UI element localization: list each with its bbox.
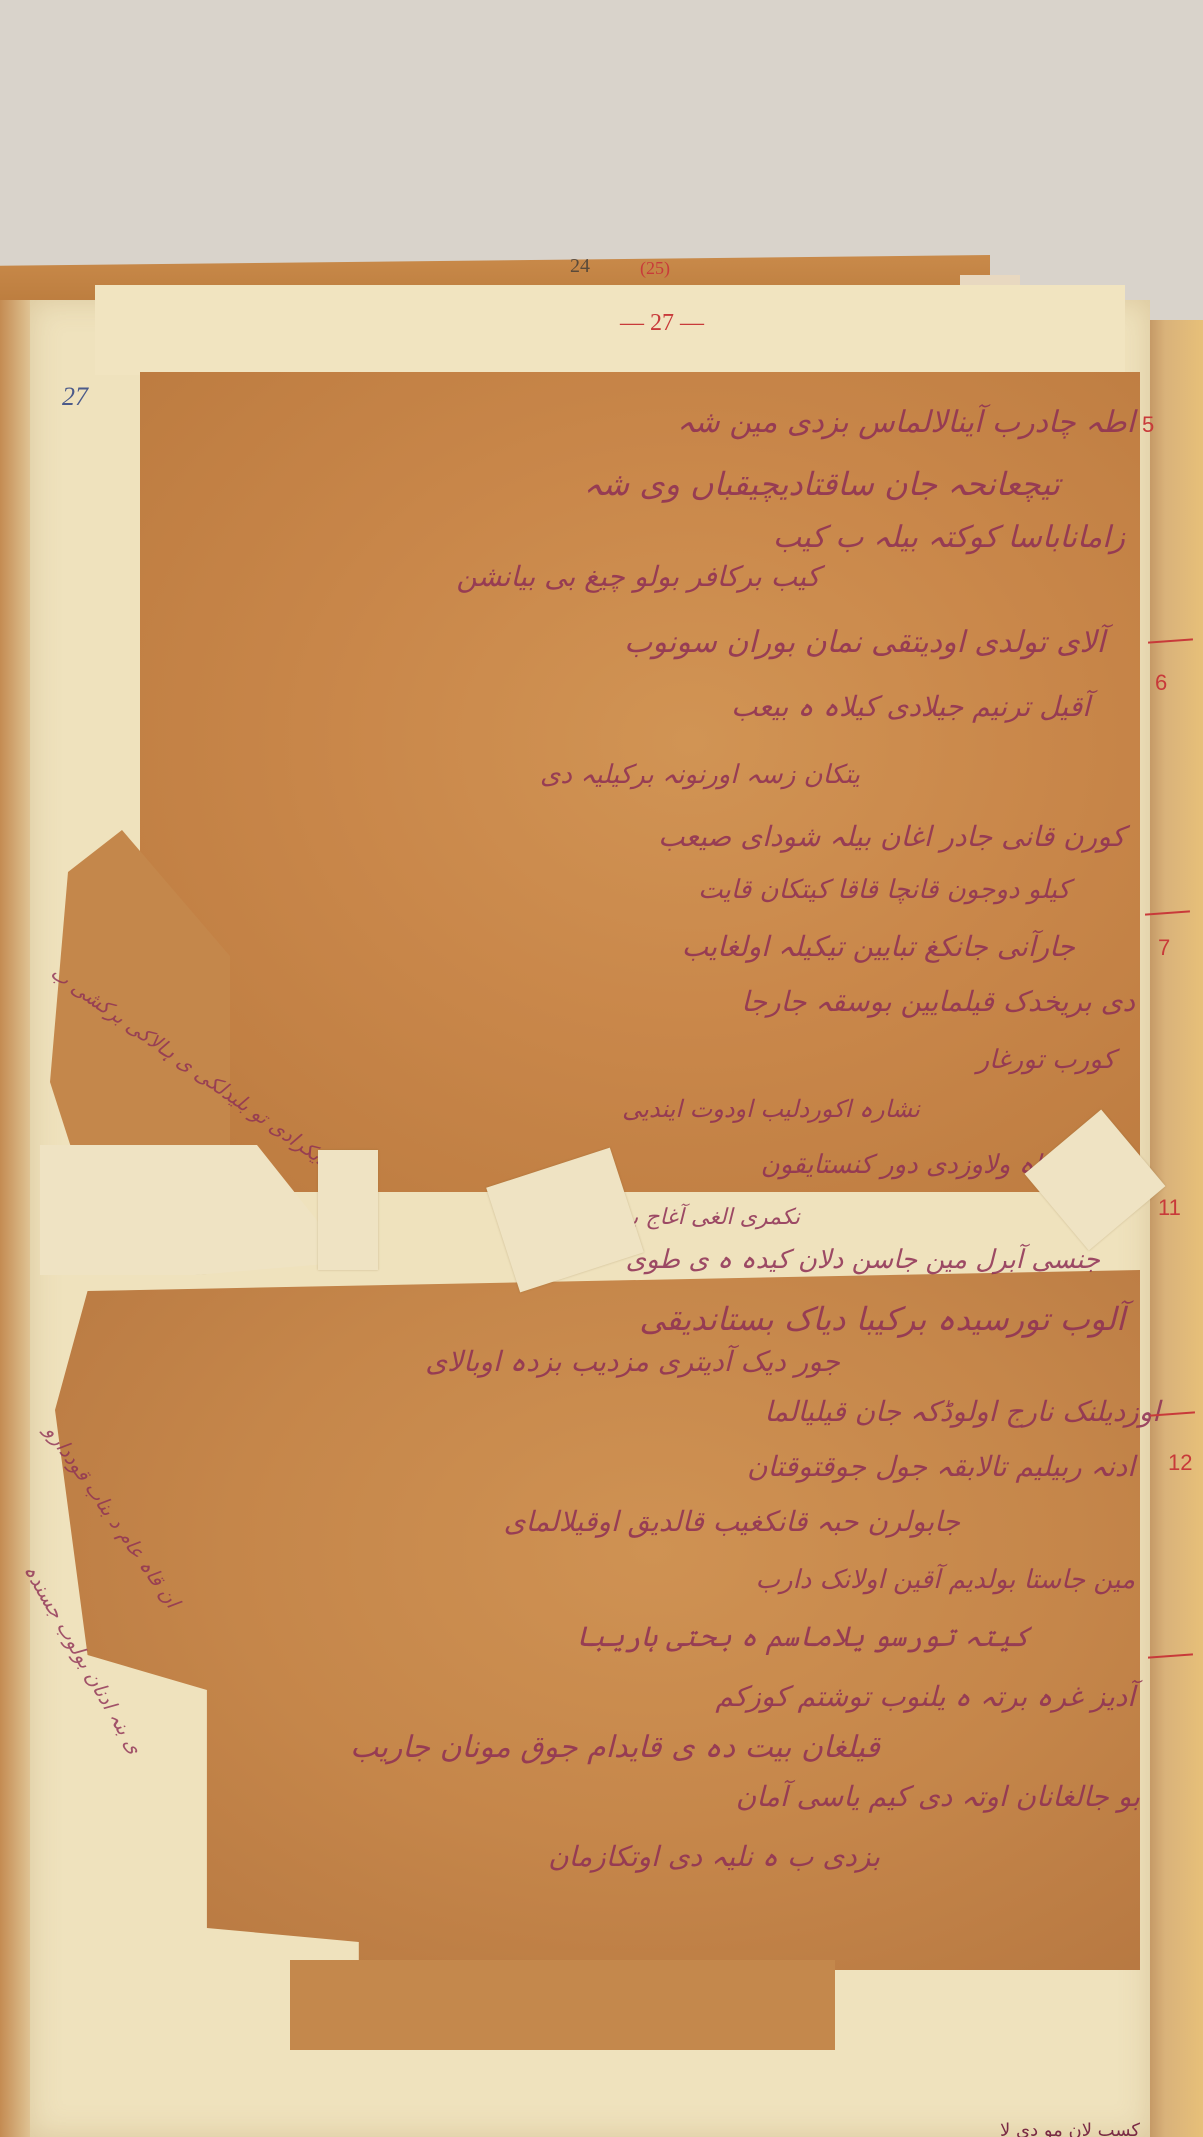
margin-line-number: 11 [1158,1195,1181,1221]
verse-line: یتکان زسہ اورنونہ برکیلیہ دی [540,760,860,790]
margin-line-number: 5 [1142,412,1154,438]
verse-line: بزدی ب ہ نلیہ دی اوتکازمان [548,1840,880,1873]
margin-line-number: 12 [1168,1450,1192,1476]
verse-line: کیلو دوجون قانچا قاقا کیتکان قایت [698,875,1070,905]
repair-tape [318,1150,378,1270]
verse-line: مین جاستا بولدیم آقین اولانک دارب [756,1565,1135,1595]
margin-line-number: 6 [1155,670,1167,696]
verse-line: اطہ چادرب آینالالماس بزدی مین شہ [677,405,1135,440]
verse-line: آلای تولدی اودیتقی نمان بوران سونوب [624,625,1105,660]
verse-line: دی بریخدک قیلمایین بوسقہ جارجا [741,985,1135,1018]
verse-line: کیتہ تورسو یلاماسم ہ بحتی ہاریبا [575,1620,1030,1653]
verse-line: کورن قانی جادر اغان بیلہ شودای صیعب [658,820,1125,853]
verse-line: نشارہ اکوردلیب اودوت ایندیی [622,1095,920,1123]
behind-sheet-number-alt: (25) [640,258,670,279]
verse-line: ادنہ ربیلیم تالابقہ جول جوقتوقتان [747,1450,1135,1483]
verse-line: بو جالغانان اوتہ دی کیم یاسی آمان [736,1780,1140,1813]
verse-line: جنسی آبرل مین جاسن دلان کیدہ ہ ی طوی [626,1245,1100,1275]
verse-line: جارآنی جانکغ تبایین تیکیلہ اولغایب [682,930,1075,963]
verse-line: زاماناباسا کوکتہ بیلہ ب کیب [773,520,1125,555]
behind-sheet-number: 24 [570,255,590,278]
verse-line: کیب برکافر بولو چیغ بی بیانشن [456,560,820,593]
verse-line: قیلغان بیت دہ ی قایدام جوق مونان جاریب [350,1730,880,1765]
verse-line: آدیز غرہ برتہ ہ یلنوب توشتم کوزکم [715,1680,1135,1713]
verse-line: کورب تورغار [977,1045,1115,1075]
bottom-scrap-text: کسب لان مو دی لا [1000,2120,1140,2137]
verse-line: تیچعانحہ جان ساقتادیچیقباں وی شہ [584,465,1060,503]
verse-line: جور دیک آدیتری مزدیب بزدہ اوبالای [425,1345,840,1378]
verse-line: آلوب تورسیدہ برکیبا دیاک بستاندیقی [639,1300,1125,1338]
margin-line-number: 7 [1158,935,1170,961]
page-number: — 27 — [620,310,704,337]
mount-paper-top [95,285,1125,375]
pencil-folio-number: 27 [62,382,88,412]
verse-line: آقیل ترنیم جیلادی کیلاہ ہ بیعب [731,690,1090,723]
verse-line: جابولرن حبہ قانکغیب قالدیق اوقیلالمای [504,1505,960,1538]
manuscript-leaf-tail [290,1960,835,2050]
verse-line: اوزدیلنک نارج اولوڈکہ جان قیلیالما [764,1395,1160,1428]
